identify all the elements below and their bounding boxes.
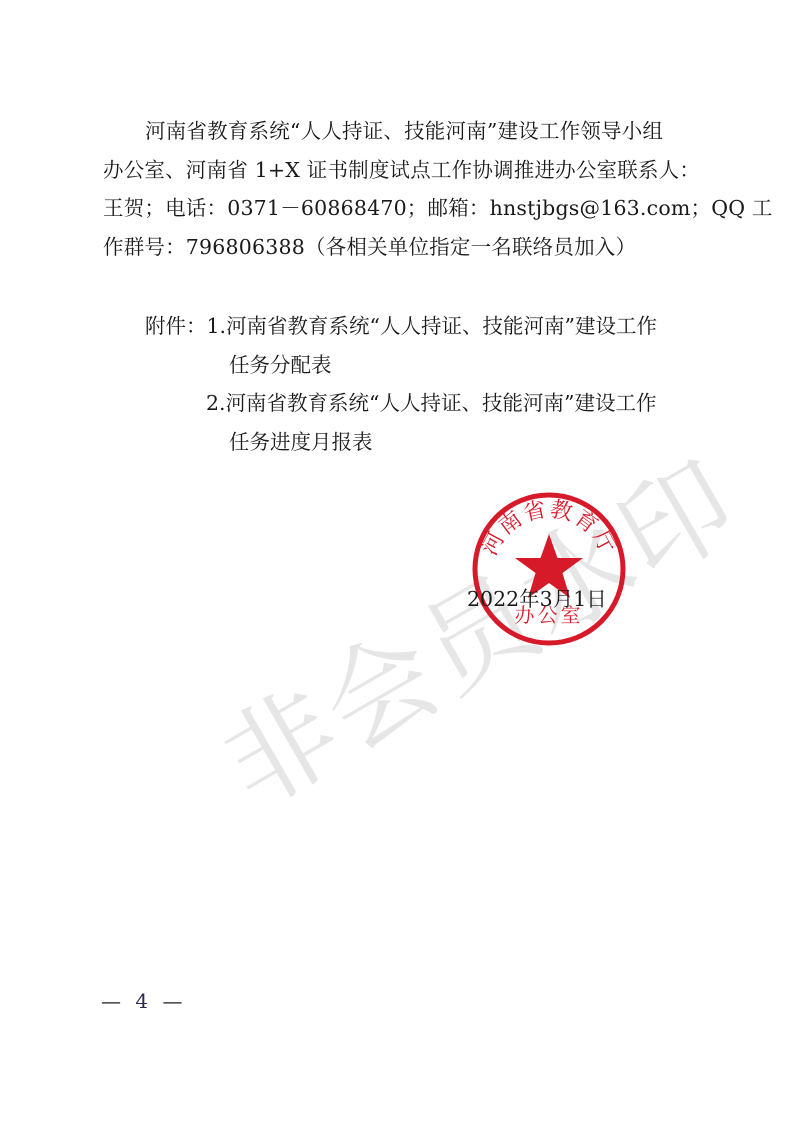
footer-dash: — — [162, 989, 182, 1013]
attachment-title: 河南省教育系统“人人持证、技能河南”建设工作 — [226, 391, 657, 415]
footer-dash: — — [101, 989, 121, 1013]
paragraph-line: 河南省教育系统“人人持证、技能河南”建设工作领导小组 — [103, 112, 707, 151]
document-page: 非会员水印 河南省教育系统“人人持证、技能河南”建设工作领导小组 办公室、河南省… — [0, 0, 794, 1123]
attachment-item-2: 2.河南省教育系统“人人持证、技能河南”建设工作 — [145, 384, 657, 423]
attachment-item-1: 附件：1.河南省教育系统“人人持证、技能河南”建设工作 — [145, 307, 657, 346]
attachment-title-cont: 任务分配表 — [145, 346, 657, 385]
page-number: 4 — [135, 989, 148, 1013]
attachment-number: 1. — [207, 314, 227, 338]
attachments-label: 附件： — [145, 314, 207, 338]
official-seal: 河南省教育厅 办公室 — [470, 490, 628, 648]
attachment-title: 河南省教育系统“人人持证、技能河南”建设工作 — [226, 314, 657, 338]
page-footer: — 4 — — [101, 988, 182, 1014]
document-date: 2022年3月1日 — [467, 584, 607, 614]
attachments-list: 附件：1.河南省教育系统“人人持证、技能河南”建设工作 任务分配表 2.河南省教… — [145, 307, 657, 461]
paragraph-line: 办公室、河南省 1+X 证书制度试点工作协调推进办公室联系人： — [103, 151, 707, 190]
paragraph-line: 王贺；电话：0371－60868470；邮箱：hnstjbgs@163.com；… — [103, 189, 707, 228]
paragraph-line: 作群号：796806388（各相关单位指定一名联络员加入） — [103, 228, 707, 267]
contact-paragraph: 河南省教育系统“人人持证、技能河南”建设工作领导小组 办公室、河南省 1+X 证… — [103, 112, 707, 266]
attachment-number: 2. — [206, 391, 226, 415]
attachment-title-cont: 任务进度月报表 — [145, 423, 657, 462]
